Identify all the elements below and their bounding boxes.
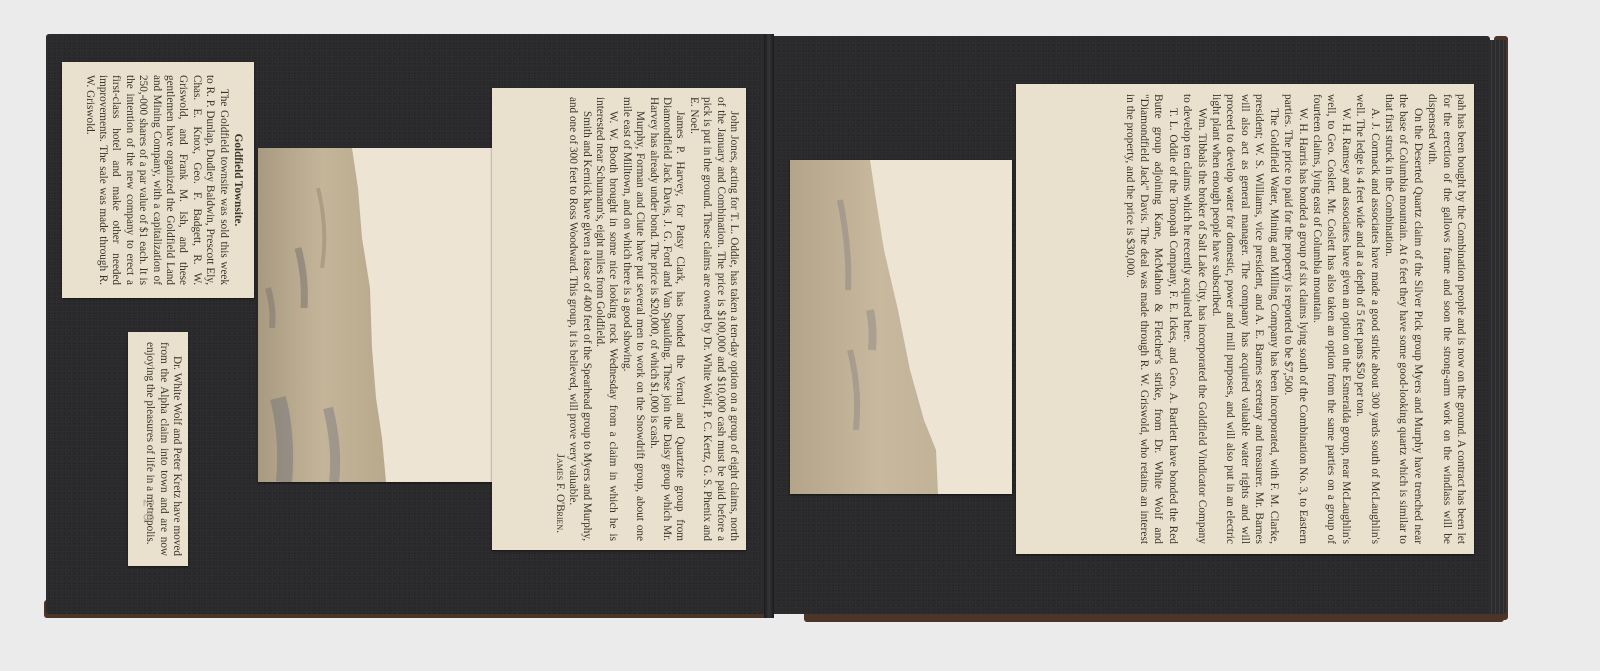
clipping-text-block: pah has been bought by the Combination p… [1019,86,1471,552]
clipping-paragraph: James P. Harvey, for Patsy Clark, has bo… [646,97,686,541]
clipping-paragraph: Murphy, Forman and Clute have put severa… [619,97,646,541]
clipping-paragraph: W. H. Harris has bonded a group of six c… [1281,94,1310,544]
album-spine-gutter [764,34,774,618]
clipping-mining-news-right: pah has been bought by the Combination p… [1016,84,1474,554]
clipping-paragraph: pah has been bought by the Combination p… [1425,94,1468,544]
page-stack-edge [1488,40,1506,614]
clipping-paragraph: Smith and Kernick have given a lease of … [566,97,593,541]
clipping-paragraph: The Goldfield townsite was sold this wee… [82,75,229,285]
clipping-john-jones-oddie: John Jones, acting for T. L. Oddie, has … [492,88,746,550]
clipping-goldfield-townsite: Goldfield Townsite. The Goldfield townsi… [62,62,254,298]
clipping-paragraph: A. J. Cormack and associates have made a… [1353,94,1382,544]
photo-desert-hills-left [258,148,494,482]
pencil-annotation: 2-6 [139,499,155,522]
clipping-paragraph: John Jones, acting for T. L. Oddie, has … [686,97,740,541]
clipping-paragraph: Dr. White Wolf and Peter Kretz have move… [143,342,183,556]
photo-landscape-image [790,160,1012,494]
clipping-paragraph: W. W. Booth brought in some nice looking… [593,97,620,541]
clipping-signature: James F. O'Brien. [552,97,565,541]
clipping-text-block: Goldfield Townsite. The Goldfield townsi… [68,69,248,291]
clipping-paragraph: On the Deserted Quartz claim of the Silv… [1382,94,1425,544]
clipping-text-block: John Jones, acting for T. L. Oddie, has … [495,90,743,548]
clipping-paragraph: The Goldfield Water, Mining and Milling … [1209,94,1281,544]
photo-landscape-image [258,148,494,482]
clipping-paragraph: T. L. Oddie of the Tonopah Company, F. E… [1122,94,1180,544]
clipping-heading: Goldfield Townsite. [231,75,244,285]
clipping-text-block: Dr. White Wolf and Peter Kretz have move… [130,336,186,562]
clipping-paragraph: Wm. Tibbals the broker of Salt Lake City… [1180,94,1209,544]
clipping-white-wolf-kretz: Dr. White Wolf and Peter Kretz have move… [128,332,188,566]
photo-mountain-slope-right [790,160,1012,494]
clipping-paragraph: W. H. Ramsey and associates have given a… [1310,94,1353,544]
